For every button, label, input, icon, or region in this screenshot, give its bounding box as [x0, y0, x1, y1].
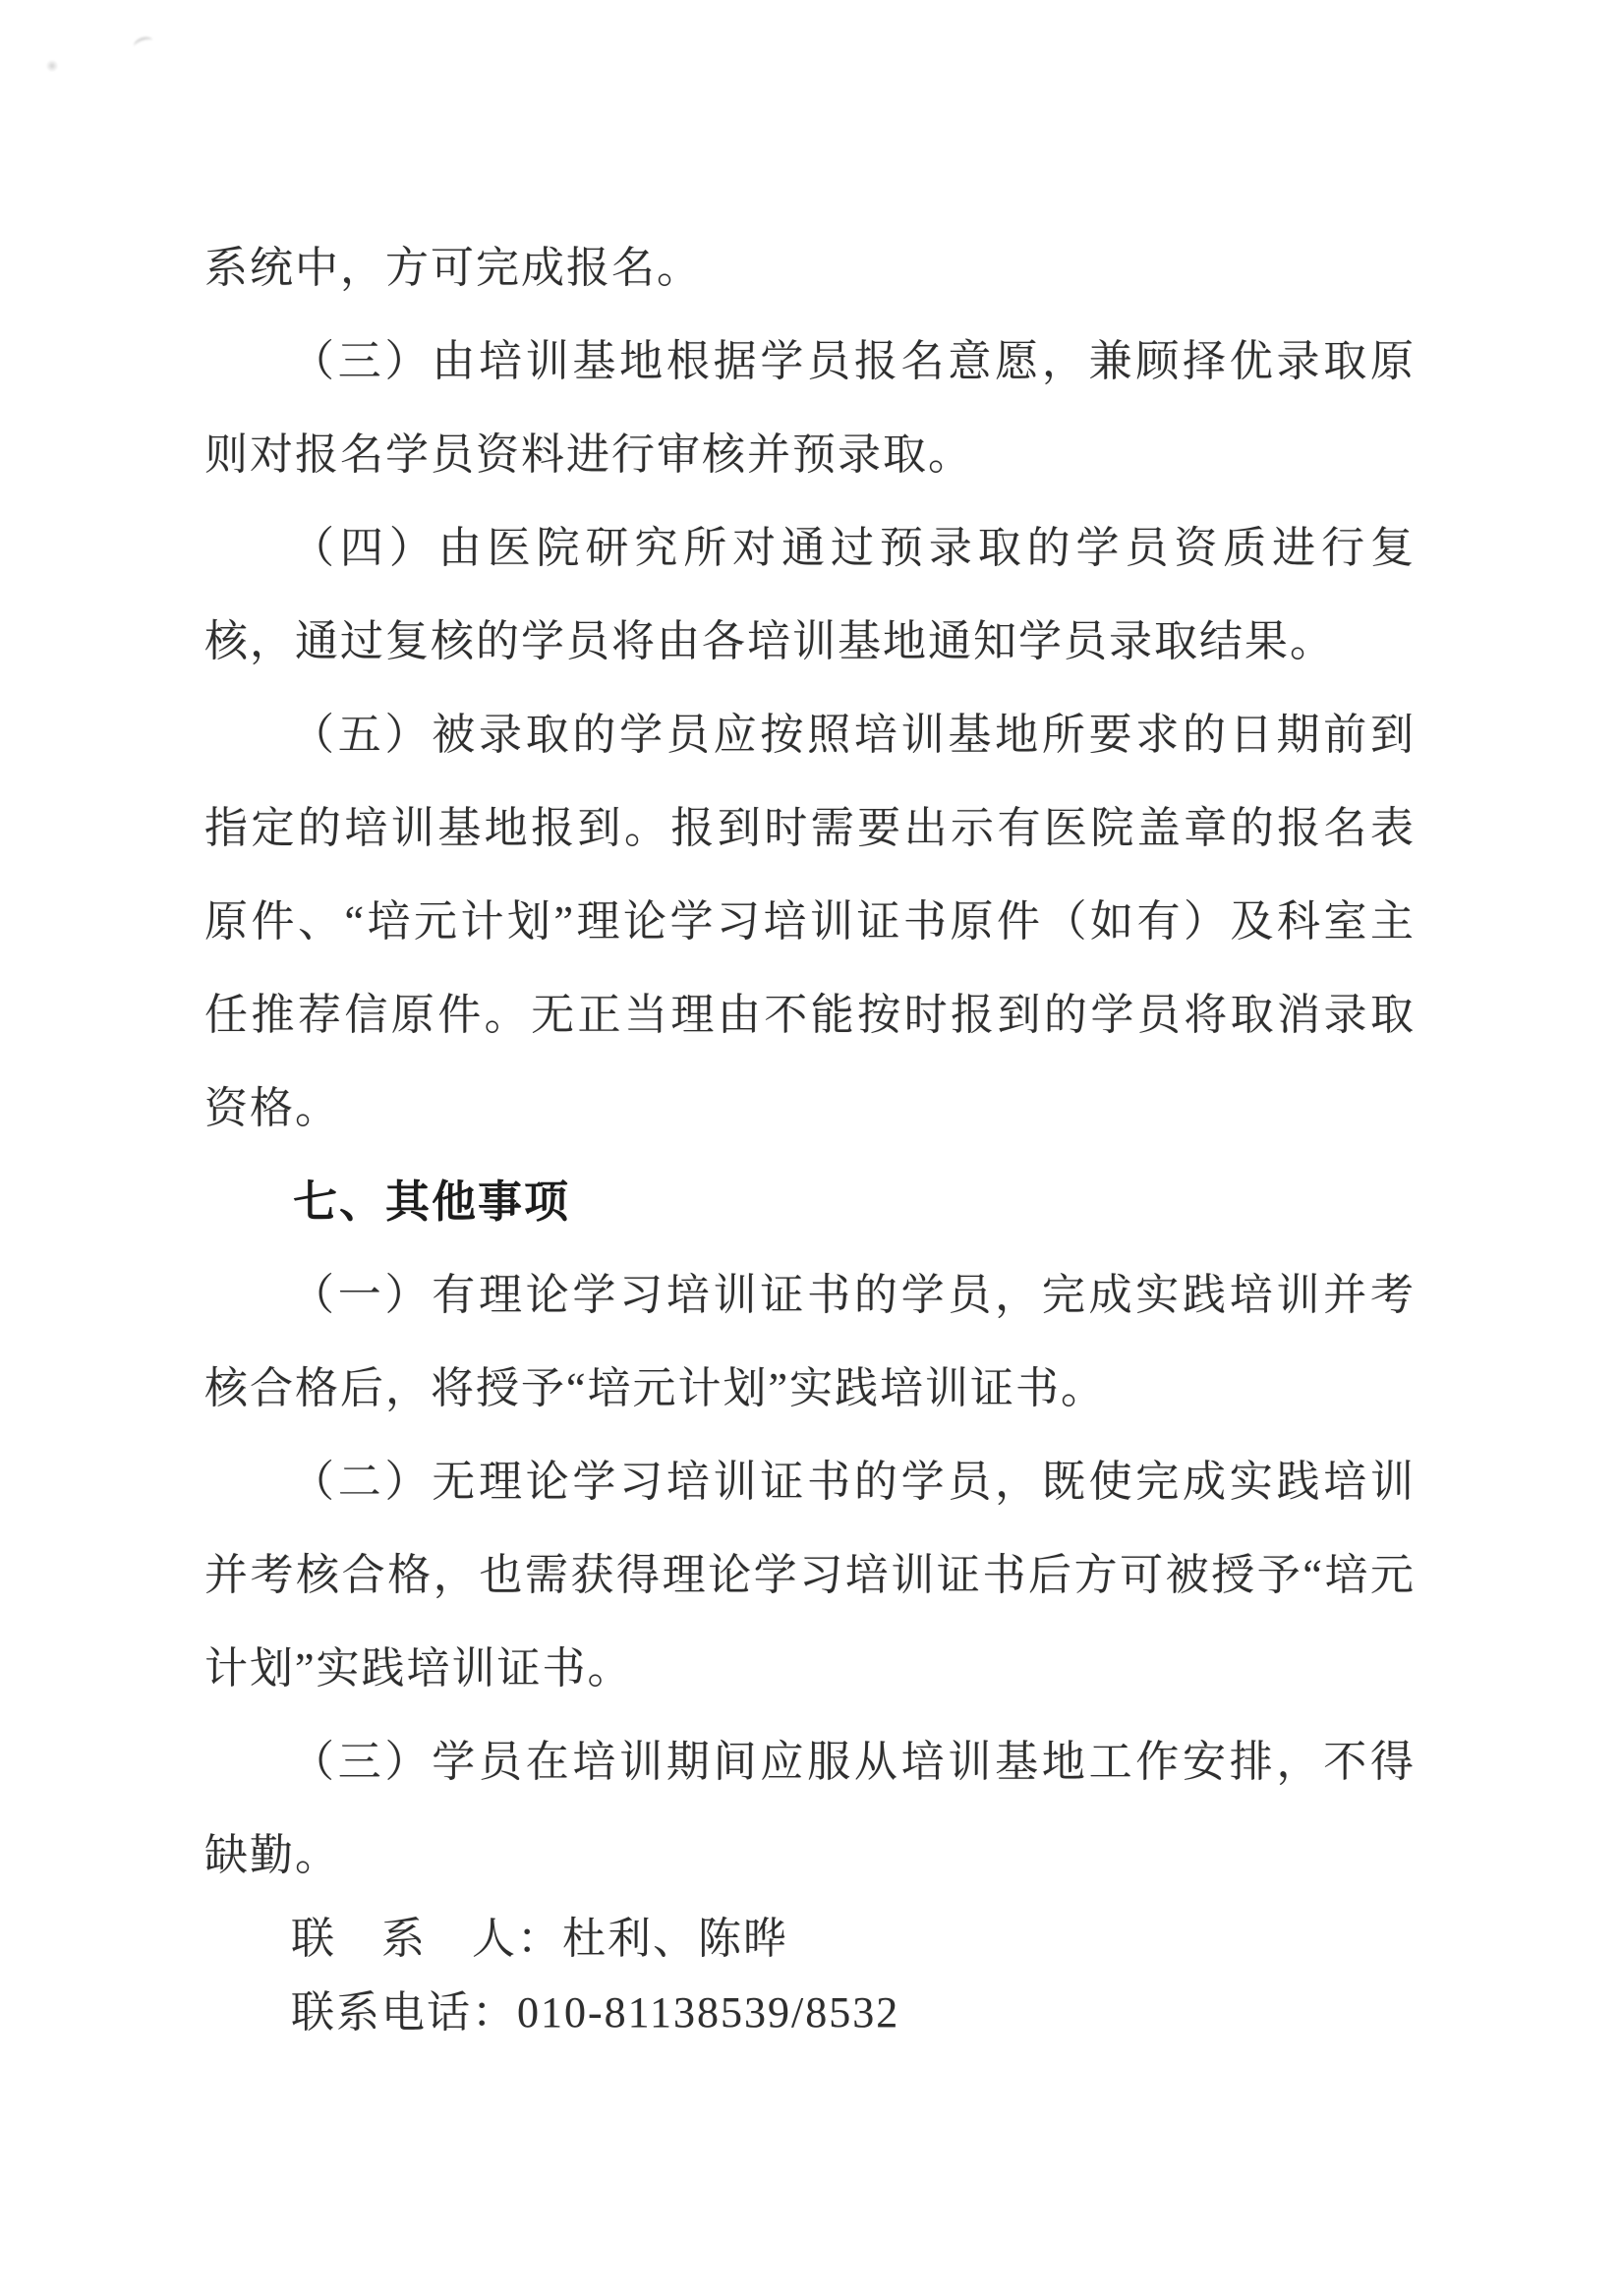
paragraph-other-item-2: （二）无理论学习培训证书的学员，既使完成实践培训并考核合格，也需获得理论学习培训… — [204, 1435, 1416, 1715]
contact-person-line: 联 系 人：杜利、陈晔 — [204, 1902, 1416, 1976]
paragraph-enrollment-item-5: （五）被录取的学员应按照培训基地所要求的日期前到指定的培训基地报到。报到时需要出… — [204, 688, 1416, 1155]
section-heading-other-matters: 七、其他事项 — [204, 1155, 1416, 1248]
paragraph-enrollment-item-4: （四）由医院研究所对通过预录取的学员资质进行复核，通过复核的学员将由各培训基地通… — [204, 501, 1416, 688]
scanned-document-page: 系统中，方可完成报名。 （三）由培训基地根据学员报名意愿，兼顾择优录取原则对报名… — [0, 0, 1620, 2296]
scan-smudge-mark — [45, 59, 59, 73]
paragraph-other-item-3: （三）学员在培训期间应服从培训基地工作安排，不得缺勤。 — [204, 1715, 1416, 1902]
paragraph-intro-continuation: 系统中，方可完成报名。 — [204, 221, 1416, 315]
document-body: 系统中，方可完成报名。 （三）由培训基地根据学员报名意愿，兼顾择优录取原则对报名… — [204, 221, 1416, 2049]
paragraph-enrollment-item-3: （三）由培训基地根据学员报名意愿，兼顾择优录取原则对报名学员资料进行审核并预录取… — [204, 315, 1416, 501]
contact-phone-line: 联系电话：010-81138539/8532 — [204, 1976, 1416, 2049]
paragraph-other-item-1: （一）有理论学习培训证书的学员，完成实践培训并考核合格后，将授予“培元计划”实践… — [204, 1248, 1416, 1435]
scan-smudge-mark — [132, 34, 154, 53]
